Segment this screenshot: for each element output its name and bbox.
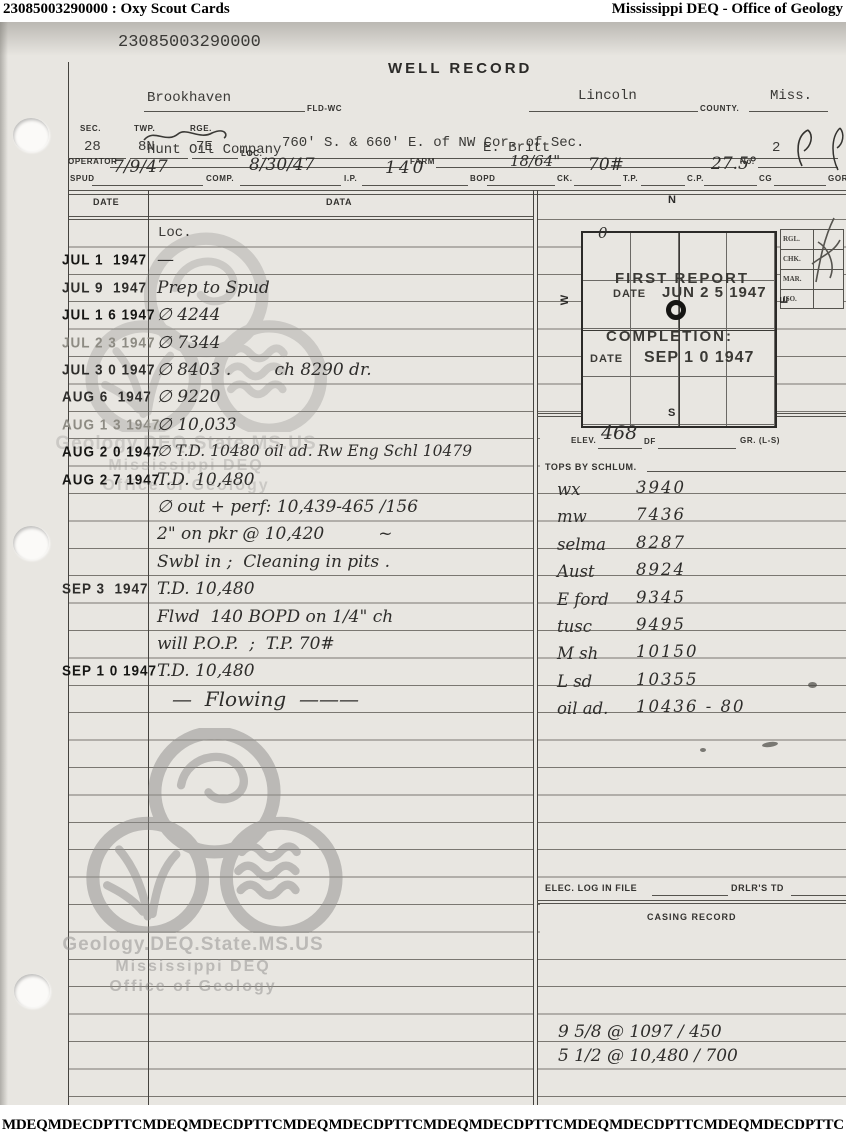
loc-value: 760' S. & 660' E. of NW Cor. of Sec. <box>282 135 584 151</box>
log-data-entry: — <box>157 250 174 270</box>
twp-value: 8N <box>138 139 155 155</box>
log-data-entry: ∅ 9220 <box>157 387 220 407</box>
well-location-symbol <box>666 300 686 320</box>
log-data-entry: Flwd 140 BOPD on 1/4" ch <box>157 607 393 627</box>
log-data-entry: T.D. 10,480 <box>157 579 255 599</box>
rge-label: RGE. <box>190 124 212 133</box>
tops-formation-depth: 8287 <box>636 533 686 552</box>
tops-header: TOPS BY SCHLUM. <box>545 462 637 472</box>
footer-org-label: MDEQ <box>563 1117 608 1134</box>
elev-value: 468 <box>601 422 637 444</box>
footer-org-label: MDEQ <box>142 1117 187 1134</box>
well-no-value: 2 <box>772 140 780 156</box>
log-date-stamp: SEP 1 0 1947 <box>62 663 157 679</box>
tops-formation-depth: 9345 <box>636 588 686 607</box>
gor-label: GOR <box>828 174 846 183</box>
footer-org-label: PTTC <box>244 1117 283 1134</box>
log-date-stamp: JUL 1 6 1947 <box>62 307 156 323</box>
review-row-label: CHK. <box>783 255 801 263</box>
ink-mark <box>824 126 846 172</box>
elev-df-label: DF <box>644 437 656 446</box>
well-number: 23085003290000 <box>118 33 261 52</box>
comp-value: 8/30/47 <box>249 155 315 175</box>
field-value: Brookhaven <box>147 90 231 106</box>
footer-org-label: MDEQ <box>283 1117 328 1134</box>
footer-org-label: MDECD <box>749 1117 804 1134</box>
comp-label: COMP. <box>206 174 234 183</box>
first-report-date-label: DATE <box>613 288 646 300</box>
tops-formation-depth: 8924 <box>636 560 686 579</box>
log-date-stamp: JUL 3 0 1947 <box>62 361 156 377</box>
footer-org-label: PTTC <box>103 1117 142 1134</box>
log-date-stamp: AUG 6 1947 <box>62 389 152 405</box>
rge-value: 7E <box>196 139 213 155</box>
tops-formation-depth: 9495 <box>636 615 686 634</box>
ink-smudge <box>808 682 817 688</box>
drlrs-td-label: DRLR'S TD <box>731 883 784 893</box>
footer-org-label: PTTC <box>665 1117 704 1134</box>
hole-punch <box>14 974 50 1008</box>
cp-label: C.P. <box>687 174 704 183</box>
county-value: Lincoln <box>578 88 637 104</box>
ip-value: 140 <box>385 158 426 178</box>
tops-formation-name: mw <box>557 507 587 526</box>
completion-date: SEP 1 0 1947 <box>644 349 754 367</box>
tops-formation-name: wx <box>557 480 580 499</box>
log-data-entry: Loc. <box>158 225 192 241</box>
tops-formation-name: E ford <box>557 590 609 609</box>
spud-label: SPUD <box>70 174 95 183</box>
footer-org-label: MDEQ <box>2 1117 47 1134</box>
footer-org-label: MDECD <box>188 1117 243 1134</box>
scout-card-page: 23085003290000 : Oxy Scout Cards Mississ… <box>0 0 846 1137</box>
spud-value: 7/9/47 <box>113 157 168 177</box>
hole-punch <box>13 526 49 560</box>
tops-formation-depth: 10355 <box>636 670 699 689</box>
footer-org-label: MDEQ <box>704 1117 749 1134</box>
cg-label: CG <box>759 174 772 183</box>
header-left-title: 23085003290000 : Oxy Scout Cards <box>3 1 230 22</box>
gravity-value: 27.5° <box>711 154 757 174</box>
header-right-title: Mississippi DEQ - Office of Geology <box>612 1 843 22</box>
tops-formation-depth: 10150 <box>636 642 699 661</box>
compass-west: W <box>559 295 571 305</box>
plat-cell-mark: 0 <box>598 224 608 242</box>
log-date-stamp: AUG 2 0 1947 <box>62 444 160 460</box>
elev-gr-label: GR. (L-S) <box>740 436 780 445</box>
ink-smudge <box>700 748 706 752</box>
log-data-entry: Prep to Spud <box>157 278 270 298</box>
reviewer-signature <box>806 212 846 288</box>
footer-org-label: MDECD <box>609 1117 664 1134</box>
tp-value: 70# <box>588 155 624 175</box>
bopd-label: BOPD <box>470 174 496 183</box>
compass-north: N <box>668 194 676 206</box>
tops-formation-name: selma <box>557 535 606 554</box>
log-data-entry: 2" on pkr @ 10,420 ~ <box>157 524 393 544</box>
log-data-entry: ∅ T.D. 10480 oil ad. Rw Eng Schl 10479 <box>157 442 472 460</box>
viewer-header: 23085003290000 : Oxy Scout Cards Mississ… <box>0 0 846 22</box>
tops-formation-name: tusc <box>557 617 592 636</box>
hole-punch <box>13 118 49 152</box>
completion-stamp: COMPLETION: <box>606 328 733 345</box>
log-data-entry: ∅ 7344 <box>157 333 220 353</box>
data-column-header: DATA <box>326 197 352 207</box>
tops-formation-name: M sh <box>557 644 598 663</box>
footer-org-label: PTTC <box>384 1117 423 1134</box>
footer-org-label: MDECD <box>328 1117 383 1134</box>
tops-formation-name: oil ad. <box>557 699 608 718</box>
tops-formation-depth: 10436 - 80 <box>636 697 746 716</box>
choke-value: 18/64" <box>510 152 560 170</box>
first-report-date: JUN 2 5 1947 <box>662 284 767 301</box>
casing-entry: 9 5/8 @ 1097 / 450 <box>558 1022 722 1042</box>
log-data-entry: T.D. 10,480 <box>157 661 255 681</box>
casing-entry: 5 1/2 @ 10,480 / 700 <box>558 1046 738 1066</box>
footer-org-label: MDECD <box>469 1117 524 1134</box>
compass-east: E <box>779 296 791 303</box>
page-title: WELL RECORD <box>388 60 532 77</box>
log-date-stamp: SEP 3 1947 <box>62 581 149 597</box>
log-date-stamp: JUL 2 3 1947 <box>62 334 156 350</box>
field-label: FLD-WC <box>307 104 342 113</box>
log-data-entry: ∅ out + perf: 10,439-465 /156 <box>157 497 418 517</box>
footer-org-label: MDEQ <box>423 1117 468 1134</box>
review-row-label: RGL. <box>783 235 800 243</box>
footer-org-label: PTTC <box>805 1117 844 1134</box>
footer-org-label: MDECD <box>48 1117 103 1134</box>
log-date-stamp: JUL 9 1947 <box>62 279 147 295</box>
casing-record-header: CASING RECORD <box>647 912 737 922</box>
ip-label: I.P. <box>344 174 357 183</box>
log-data-entry: ∅ 10,033 <box>157 415 237 435</box>
county-label: COUNTY. <box>700 104 739 113</box>
tp-label: T.P. <box>623 174 638 183</box>
log-date-stamp: JUL 1 1947 <box>62 252 147 268</box>
state-value: Miss. <box>770 88 812 104</box>
review-row-label: MAR. <box>783 275 801 283</box>
viewer-footer: MDEQMDECDPTTCMDEQMDECDPTTCMDEQMDECDPTTCM… <box>0 1105 846 1137</box>
operator-label: OPERATOR <box>68 157 117 166</box>
document-scan: Geology.DEQ.State.MS.US Mississippi DEQ … <box>0 22 846 1105</box>
date-column-header: DATE <box>93 197 119 207</box>
log-data-entry: ∅ 4244 <box>157 305 220 325</box>
elec-log-label: ELEC. LOG IN FILE <box>545 883 637 893</box>
log-data-entry: Swbl in ; Cleaning in pits . <box>157 552 390 572</box>
log-date-stamp: AUG 1 3 1947 <box>62 416 160 432</box>
elev-label: ELEV. <box>571 436 596 445</box>
sec-label: SEC. <box>80 124 101 133</box>
log-data-entry: T.D. 10,480 <box>157 470 255 490</box>
tops-formation-name: L sd <box>557 672 592 691</box>
log-data-entry: — Flowing ——— <box>172 687 359 711</box>
tops-formation-name: Aust <box>557 562 595 581</box>
compass-south: S <box>668 407 675 419</box>
twp-label: TWP. <box>134 124 155 133</box>
log-data-entry: ∅ 8403 . ch 8290 dr. <box>157 360 372 380</box>
footer-org-label: PTTC <box>524 1117 563 1134</box>
tops-formation-depth: 7436 <box>636 505 686 524</box>
ck-label: CK. <box>557 174 573 183</box>
tops-formation-depth: 3940 <box>636 478 686 497</box>
sec-value: 28 <box>84 139 101 155</box>
log-date-stamp: AUG 2 7 1947 <box>62 471 160 487</box>
ink-mark <box>788 126 814 170</box>
log-data-entry: will P.O.P. ; T.P. 70# <box>157 634 335 654</box>
completion-date-label: DATE <box>590 353 623 365</box>
